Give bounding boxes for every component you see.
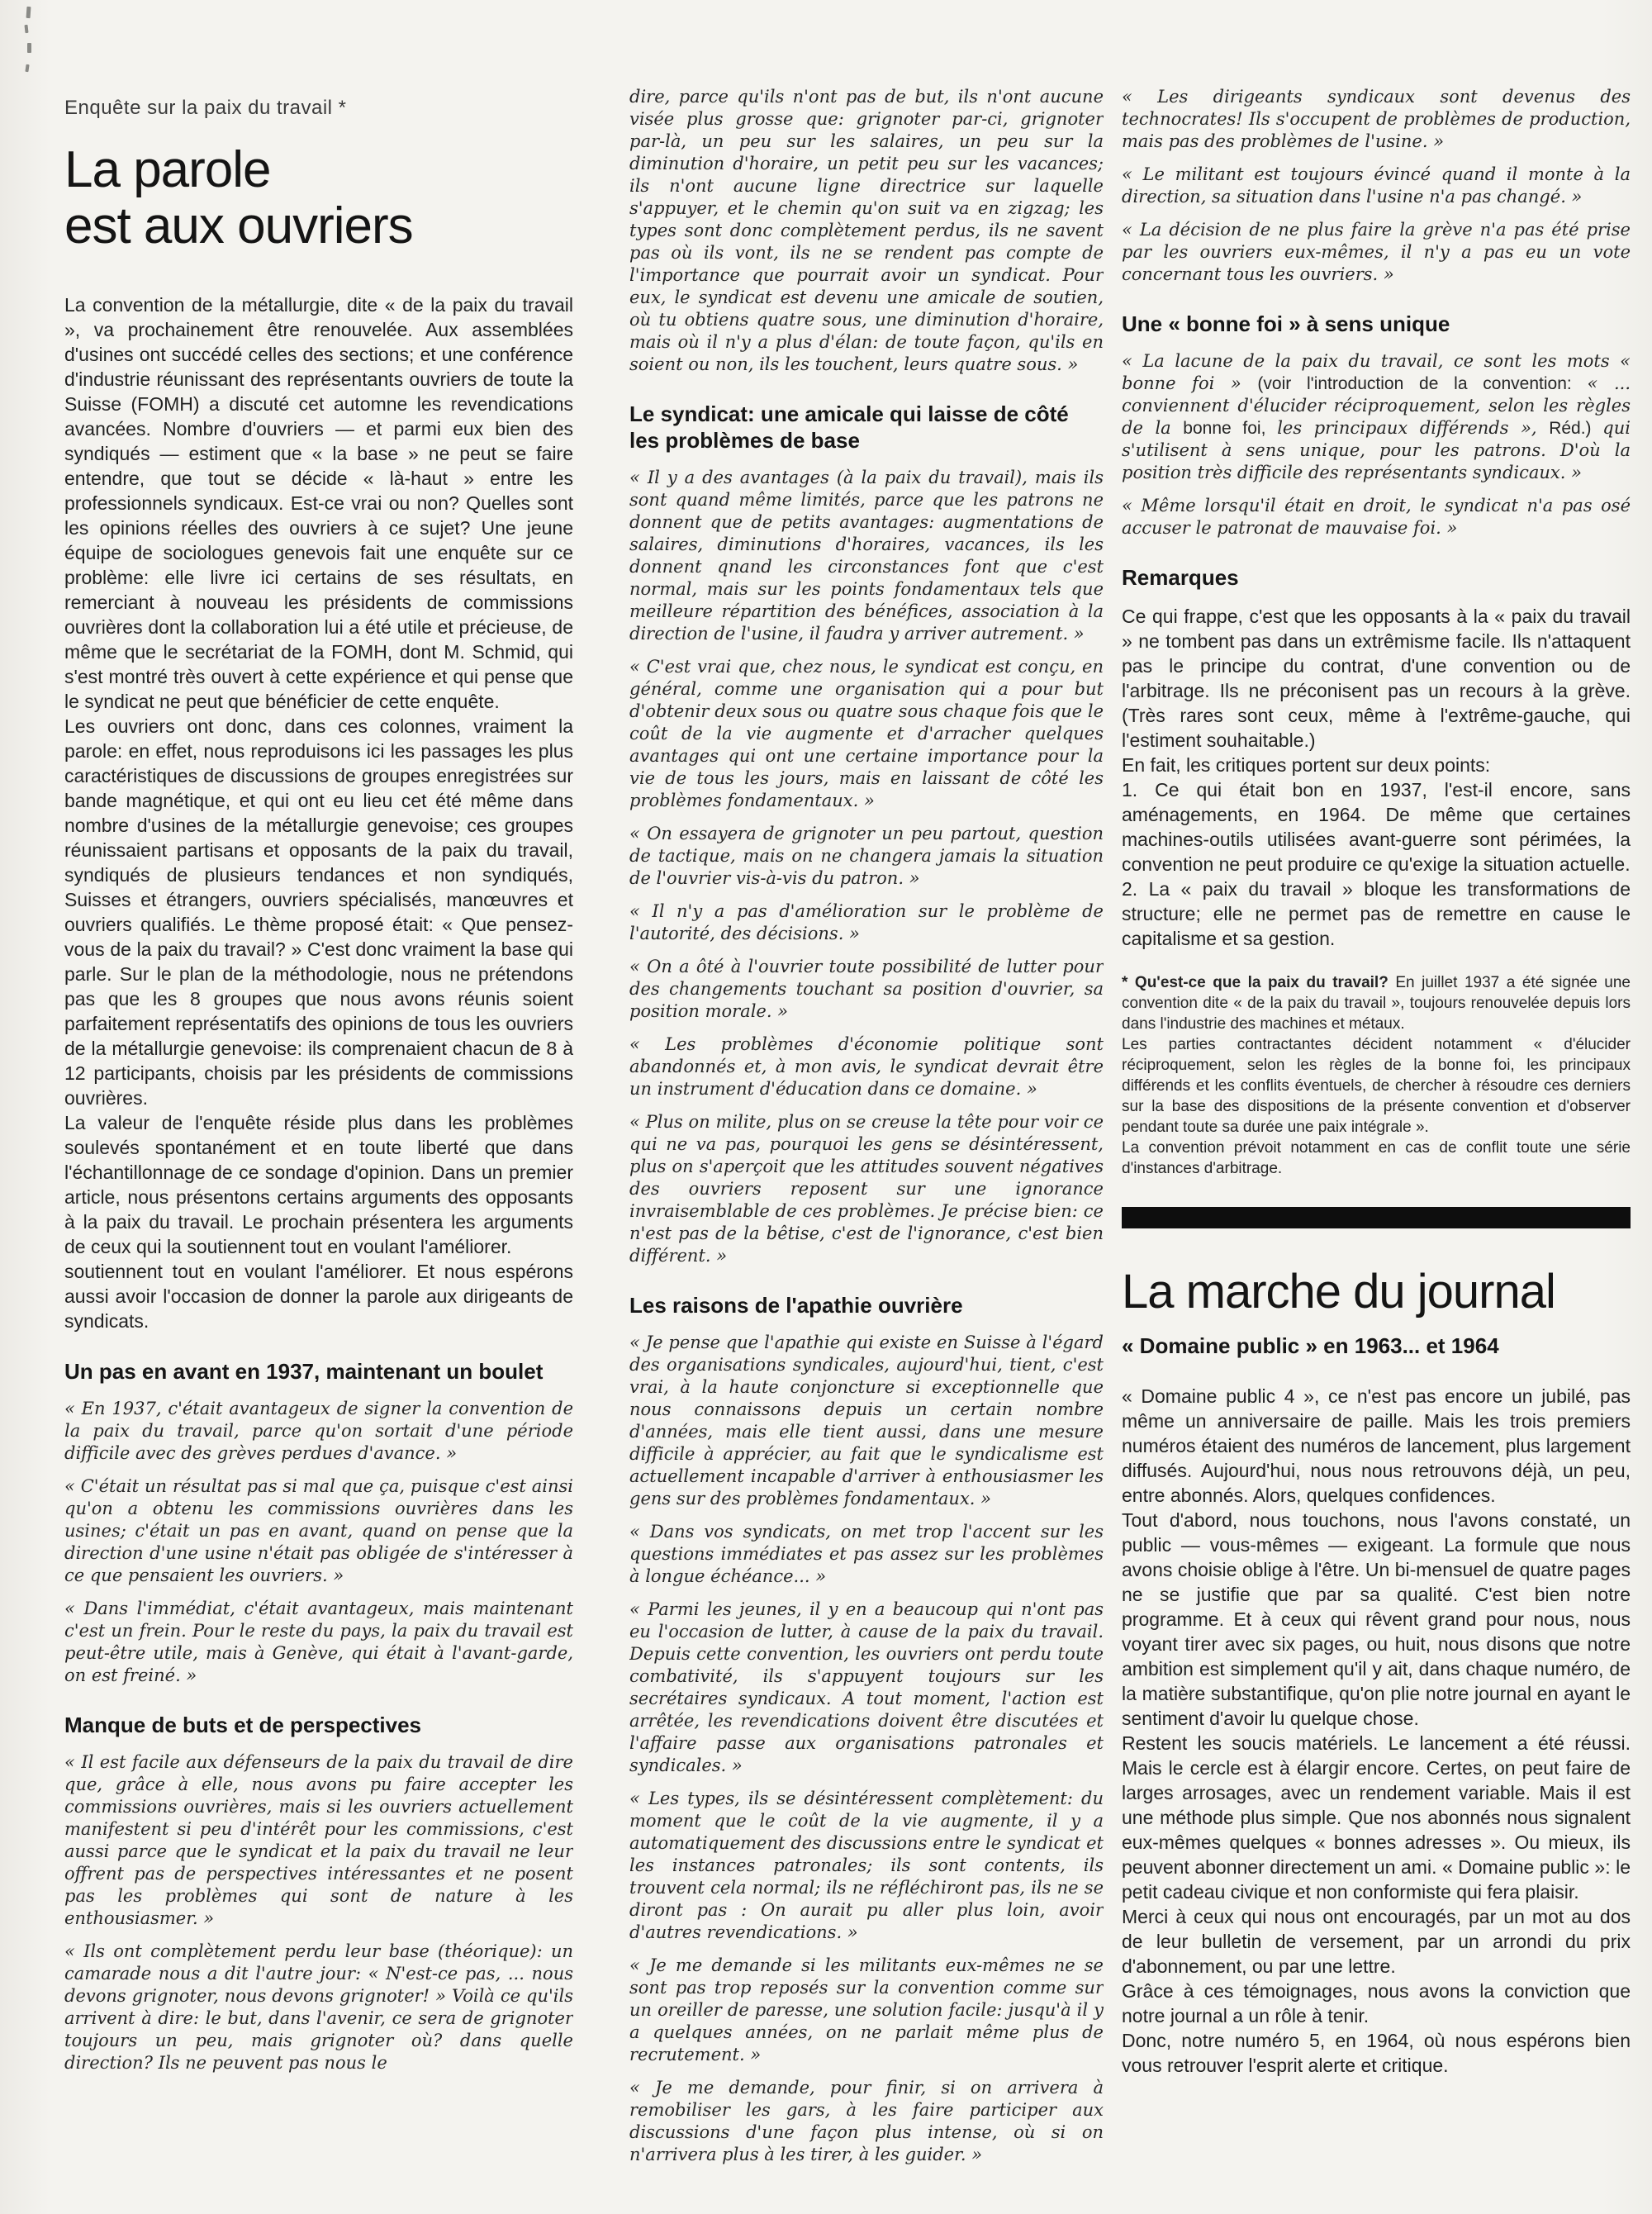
worker-quote: « Je pense que l'apathie qui existe en S… (629, 1332, 1104, 1510)
scan-artifact (25, 64, 29, 72)
kicker-enquete: Enquête sur la paix du travail * (64, 96, 573, 121)
text-segment: Réd.) (1549, 419, 1602, 438)
section-heading-syndicat: Le syndicat: une amicale qui laisse de c… (629, 401, 1104, 454)
journal-paragraph: Grâce à ces témoignages, nous avons la c… (1122, 1979, 1631, 2028)
worker-quote: « Les problèmes d'économie politique son… (629, 1033, 1104, 1100)
headline-line: La parole (64, 141, 271, 198)
worker-quote: « Ils ont complètement perdu leur base (… (64, 1941, 573, 2074)
worker-quote: « Le militant est toujours évincé quand … (1122, 164, 1631, 208)
footnote-definition: La convention prévoit notamment en cas d… (1122, 1138, 1631, 1179)
column-left: Enquête sur la paix du travail *La parol… (64, 0, 573, 2214)
section-heading-remarques: Remarques (1122, 564, 1631, 591)
worker-quote: « Je me demande si les militants eux-mêm… (629, 1955, 1104, 2066)
page-title: La paroleest aux ouvriers (64, 142, 573, 254)
journal-paragraph: Tout d'abord, nous touchons, nous l'avon… (1122, 1508, 1631, 1731)
text-segment: les principaux différends », (1277, 418, 1549, 438)
journal-paragraph: Restent les soucis matériels. Le lanceme… (1122, 1731, 1631, 1904)
scan-artifact (27, 43, 31, 53)
worker-quote: « Parmi les jeunes, il y en a beaucoup q… (629, 1599, 1104, 1777)
column-middle: dire, parce qu'ils n'ont pas de but, ils… (629, 0, 1104, 2214)
headline-line: est aux ouvriers (64, 197, 413, 254)
worker-quote: « Les dirigeants syndicaux sont devenus … (1122, 86, 1631, 153)
worker-quote-mixed: « La lacune de la paix du travail, ce so… (1122, 350, 1631, 484)
intro-paragraph: soutiennent tout en voulant l'améliorer.… (64, 1259, 573, 1333)
remarques-point-2: 2. La « paix du travail » bloque les tra… (1122, 877, 1631, 951)
worker-quote-continued: dire, parce qu'ils n'ont pas de but, ils… (629, 86, 1104, 376)
section-heading-apathie: Les raisons de l'apathie ouvrière (629, 1292, 1104, 1318)
worker-quote: « La décision de ne plus faire la grève … (1122, 219, 1631, 286)
remarques-paragraph: En fait, les critiques portent sur deux … (1122, 753, 1631, 777)
section-heading-manque: Manque de buts et de perspectives (64, 1712, 573, 1738)
journal-section-title: La marche du journal (1122, 1266, 1631, 1318)
worker-quote: « On essayera de grignoter un peu partou… (629, 823, 1104, 890)
worker-quote: « Il n'y a pas d'amélioration sur le pro… (629, 900, 1104, 945)
journal-paragraph: Donc, notre numéro 5, en 1964, où nous e… (1122, 2028, 1631, 2078)
footnote-definition: * Qu'est-ce que la paix du travail? En j… (1122, 972, 1631, 1034)
worker-quote: « Plus on milite, plus on se creuse la t… (629, 1111, 1104, 1267)
worker-quote: « Même lorsqu'il était en droit, le synd… (1122, 495, 1631, 539)
journal-paragraph: Merci à ceux qui nous ont encouragés, pa… (1122, 1904, 1631, 1979)
remarques-paragraph: Ce qui frappe, c'est que les opposants à… (1122, 604, 1631, 753)
worker-quote: « Les types, ils se désintéressent compl… (629, 1788, 1104, 1944)
text-segment: bonne foi, (1183, 419, 1277, 438)
text-segment: * Qu'est-ce que la paix du travail? (1122, 974, 1395, 991)
worker-quote: « Dans vos syndicats, on met trop l'acce… (629, 1521, 1104, 1588)
intro-paragraph: La valeur de l'enquête réside plus dans … (64, 1110, 573, 1259)
newspaper-page: Enquête sur la paix du travail *La parol… (0, 0, 1652, 2214)
worker-quote: « Je me demande, pour finir, si on arriv… (629, 2077, 1104, 2166)
remarques-point-1: 1. Ce qui était bon en 1937, l'est-il en… (1122, 777, 1631, 877)
intro-paragraph: La convention de la métallurgie, dite « … (64, 292, 573, 714)
worker-quote: « En 1937, c'était avantageux de signer … (64, 1398, 573, 1465)
text-segment: (voir l'introduction de la convention: (1257, 374, 1587, 393)
section-divider-bar (1122, 1207, 1631, 1228)
worker-quote: « C'est vrai que, chez nous, le syndicat… (629, 656, 1104, 812)
journal-section-subtitle: « Domaine public » en 1963... et 1964 (1122, 1333, 1631, 1359)
section-heading-1937: Un pas en avant en 1937, maintenant un b… (64, 1358, 573, 1385)
scan-artifact (24, 25, 28, 33)
section-heading-bonne-foi: Une « bonne foi » à sens unique (1122, 311, 1631, 337)
column-right: « Les dirigeants syndicaux sont devenus … (1122, 0, 1631, 2214)
footnote-definition: Les parties contractantes décident notam… (1122, 1034, 1631, 1138)
worker-quote: « Dans l'immédiat, c'était avantageux, m… (64, 1598, 573, 1687)
journal-paragraph: « Domaine public 4 », ce n'est pas encor… (1122, 1384, 1631, 1508)
worker-quote: « On a ôté à l'ouvrier toute possibilité… (629, 956, 1104, 1023)
intro-paragraph: Les ouvriers ont donc, dans ces colonnes… (64, 714, 573, 1110)
scan-artifact (26, 7, 31, 18)
worker-quote: « Il y a des avantages (à la paix du tra… (629, 467, 1104, 645)
worker-quote: « C'était un résultat pas si mal que ça,… (64, 1475, 573, 1587)
worker-quote: « Il est facile aux défenseurs de la pai… (64, 1751, 573, 1930)
